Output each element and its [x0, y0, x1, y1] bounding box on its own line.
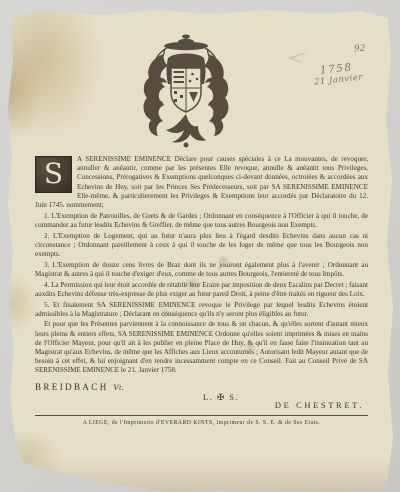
paragraph-text: A SERENISSIME EMINENCE Déclare pour caus…	[35, 155, 368, 209]
signature-row: BREIDBACH Vt. L. ✠ S. DE CHESTRET.	[35, 383, 368, 410]
photo-background: 92 1758 21 Janvier S A SERENISSIME EMINE…	[0, 0, 400, 492]
seal-mark: L. ✠ S.	[203, 393, 239, 402]
imprint-divider	[35, 415, 368, 416]
printer-imprint: A LIEGE, de l'Imprimerie d'EVERARD KINTS…	[35, 419, 368, 428]
pencil-mark	[287, 50, 309, 69]
article-2-paragraph: 2. L'Exemption de Logement, qui au futur…	[35, 232, 368, 260]
document-body: S A SERENISSIME EMINENCE Déclare pour ca…	[35, 155, 368, 428]
opening-paragraph: S A SERENISSIME EMINENCE Déclare pour ca…	[35, 155, 368, 210]
article-1-paragraph: 1. L'Exemption de Patrouilles, de Guets …	[35, 212, 368, 230]
signature-right: DE CHESTRET.	[275, 401, 364, 410]
signature-left: BREIDBACH Vt.	[35, 383, 124, 392]
episcopal-coat-of-arms-icon	[140, 32, 232, 150]
drop-cap-initial: S	[35, 156, 72, 193]
coat-of-arms-emblem	[140, 32, 232, 150]
signature-left-suffix: Vt.	[113, 382, 124, 392]
article-3-paragraph: 3. L'Exemption de douze cens livres de B…	[35, 261, 368, 279]
signature-left-name: BREIDBACH	[35, 382, 109, 392]
closing-paragraph: Et pour que les Présentes parviennent à …	[35, 320, 368, 375]
pencil-arrow-icon	[287, 50, 309, 64]
article-5-paragraph: 5. Et finalement SA SERENISSIME EMINENCE…	[35, 301, 368, 319]
handwritten-folio-number: 92	[354, 44, 366, 55]
article-4-paragraph: 4. La Permission qui leur étoit accordée…	[35, 281, 368, 299]
document-sheet: 92 1758 21 Janvier S A SERENISSIME EMINE…	[6, 8, 394, 492]
